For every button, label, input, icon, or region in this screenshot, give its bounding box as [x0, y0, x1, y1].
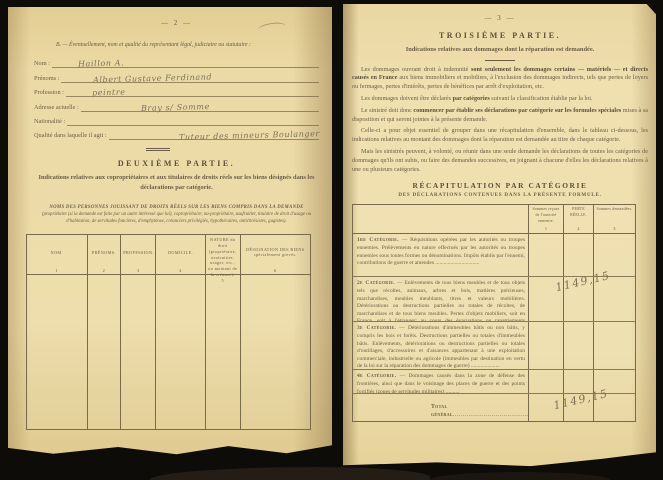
column-header-5: NATURE du droit (propriétaire, usufruiti… [205, 235, 240, 274]
category-row: 1re Catégorie. — Réquisitions opérées pa… [353, 234, 635, 277]
total-label-cell: Total général...........................… [353, 394, 528, 421]
subtitle-rule [485, 60, 515, 61]
part2-subtitle: Indications relatives aux copropriétaire… [36, 173, 317, 192]
column-header-2: PRÉNOMS.2 [87, 235, 121, 274]
field-rule-line: peintre [66, 82, 319, 97]
amount-cell [528, 322, 563, 369]
recap-table: Sommes reçues de l'autorité ennemie.1PER… [352, 204, 636, 422]
note-title: NOMS DES PERSONNES JOUISSANT DE DROITS R… [34, 205, 319, 210]
recap-header-desc-spacer [353, 205, 528, 233]
rights-holders-table: NOM.1PRÉNOMS.2PROFESSION.3DOMICILE.4NATU… [26, 234, 311, 430]
recap-table-header: Sommes reçues de l'autorité ennemie.1PER… [353, 205, 635, 234]
category-text: — Enlèvements de tous biens meubles et d… [357, 280, 525, 321]
field-row: Adresse actuelle :Bray s/ Somme [34, 97, 319, 111]
field-row: Prénoms :Albert Gustave Ferdinand [34, 68, 319, 82]
recap-column-number: 1 [530, 226, 562, 232]
empty-cell [205, 275, 240, 429]
paragraph-text: suivant la classification établie par la… [490, 95, 593, 102]
category-description: 2e Catégorie. — Enlèvements de tous bien… [353, 277, 528, 321]
paragraph-text: Les dommages doivent être déclarés [361, 95, 453, 102]
part3-paragraphs: Les dommages ouvrant droit à indemnité s… [352, 66, 648, 175]
paragraph: Le sinistré doit donc commencer par étab… [352, 107, 648, 125]
paragraph: Les dommages ouvrant droit à indemnité s… [352, 66, 648, 92]
field-row: Profession :peintre [34, 83, 319, 97]
category-row: 3e Catégorie. — Détériorations d'immeubl… [353, 322, 635, 370]
recap-rows: 1re Catégorie. — Réquisitions opérées pa… [353, 234, 635, 394]
column-number: 4 [158, 268, 203, 273]
category-label: 2e Catégorie. [357, 280, 395, 286]
section-b-line: B. — Éventuellement, nom et qualité du r… [34, 42, 319, 50]
handwritten-value: Tuteur des mineurs Boulanger [178, 130, 319, 143]
field-label: Prénoms : [34, 75, 59, 83]
recap-column-number: 3 [595, 226, 634, 232]
part3-subtitle: Indications relatives aux dommages dont … [354, 45, 646, 55]
empty-cell [120, 275, 155, 429]
column-header-label: DOMICILE. [158, 250, 203, 256]
recap-column-header-3: Sommes demandées.3 [593, 205, 635, 233]
recap-column-label: Sommes reçues de l'autorité ennemie. [530, 207, 562, 225]
paragraph: Les dommages doivent être déclarés par c… [352, 95, 648, 104]
recap-title: RÉCAPITULATION PAR CATÉGORIE [352, 181, 648, 190]
paragraph-text: Celle-ci a pour objet essentiel de group… [352, 127, 648, 143]
paragraph-text: Mais les sinistrés peuvent, à volonté, o… [352, 148, 648, 173]
paragraph-text: Le sinistré doit donc [361, 107, 413, 114]
category-description: 1re Catégorie. — Réquisitions opérées pa… [353, 234, 528, 276]
column-number: 6 [243, 268, 308, 273]
recap-subtitle: DES DÉCLARATIONS CONTENUES DANS LA PRÉSE… [352, 193, 648, 198]
column-header-6: DÉSIGNATION DES BIENS spécialement grevé… [240, 235, 310, 274]
torn-paper-edge-right [430, 472, 610, 480]
paragraph: Mais les sinistrés peuvent, à volonté, o… [352, 148, 648, 174]
column-header-label: DÉSIGNATION DES BIENS spécialement grevé… [243, 247, 308, 259]
field-label: Nom : [34, 60, 50, 68]
column-number: 1 [29, 268, 85, 273]
field-label: Profession : [34, 89, 64, 97]
empty-cell [155, 275, 205, 429]
field-row: Nom :Haillon A. [34, 54, 319, 68]
category-description: 4e Catégorie. — Dommages causés dans la … [353, 370, 528, 393]
recap-column-header-2: PERTE RÉELLE.2 [563, 205, 593, 233]
category-description: 3e Catégorie. — Détériorations d'immeubl… [353, 322, 528, 369]
rights-holders-table-header: NOM.1PRÉNOMS.2PROFESSION.3DOMICILE.4NATU… [27, 235, 310, 275]
column-header-4: DOMICILE.4 [155, 235, 205, 274]
category-text: — Détériorations d'immeubles bâtis ou no… [357, 325, 525, 369]
total-leaders: ........................................… [453, 412, 528, 418]
paragraph-text: aux biens immobiliers et mobiliers, à l'… [352, 74, 648, 90]
amount-cell [563, 234, 593, 276]
recap-column-label: PERTE RÉELLE. [565, 207, 592, 219]
column-header-label: PRÉNOMS. [90, 250, 119, 256]
amount-cell [528, 370, 563, 393]
empty-cell [87, 275, 121, 429]
note-body: (propriétaire (si la demande est faite p… [38, 211, 315, 225]
empty-cell [27, 275, 87, 429]
paragraph-bold-text: commencer par établir ses déclarations p… [413, 107, 621, 114]
empty-cell [240, 275, 311, 429]
column-header-label: NOM. [29, 250, 85, 256]
paragraph-bold-text: par catégories [453, 95, 490, 102]
field-rule-line: Haillon A. [52, 53, 319, 68]
field-row: Qualité dans laquelle il agit :Tuteur de… [34, 126, 319, 140]
column-header-label: PROFESSION. [123, 250, 153, 256]
column-header-3: PROFESSION.3 [120, 235, 155, 274]
scan-background: { "colors": { "paper": "#eddca9", "ink":… [0, 0, 663, 480]
column-number: 3 [123, 268, 153, 273]
part2-title: DEUXIÈME PARTIE. [34, 159, 319, 168]
page-left: — 2 — B. — Éventuellement, nom et qualit… [8, 7, 332, 456]
total-label: Total général [431, 404, 453, 418]
amount-cell [563, 322, 593, 369]
column-header-1: NOM.1 [27, 235, 87, 274]
paragraph-text: Les dommages ouvrant droit à indemnité [361, 66, 471, 73]
identity-fields: Nom :Haillon A.Prénoms :Albert Gustave F… [34, 54, 319, 140]
field-rule-line: Albert Gustave Ferdinand [61, 67, 319, 82]
field-rule-line: Bray s/ Somme [81, 96, 319, 111]
field-row: Nationalité : [34, 112, 319, 126]
category-label: 4e Catégorie. [357, 373, 396, 379]
recap-column-number: 2 [565, 226, 592, 232]
divider-rule [146, 148, 170, 151]
torn-paper-edge [150, 467, 430, 480]
field-rule-line [67, 111, 319, 126]
field-rule-line: Tuteur des mineurs Boulanger [109, 125, 319, 140]
column-number: 2 [90, 268, 119, 273]
amount-cell [528, 234, 563, 276]
page-number-right: — 3 — [352, 14, 648, 23]
part3-title: TROISIÈME PARTIE. [352, 31, 648, 40]
field-label: Qualité dans laquelle il agit : [34, 132, 107, 140]
paragraph: Celle-ci a pour objet essentiel de group… [352, 127, 648, 145]
page-right: — 3 — TROISIÈME PARTIE. Indications rela… [343, 4, 656, 468]
category-label: 1re Catégorie. [357, 237, 399, 243]
category-label: 3e Catégorie. [357, 325, 396, 331]
amount-cell [593, 322, 635, 369]
recap-column-header-1: Sommes reçues de l'autorité ennemie.1 [528, 205, 563, 233]
recap-column-label: Sommes demandées. [595, 207, 634, 213]
column-header-label: NATURE du droit (propriétaire, usufruiti… [208, 237, 238, 278]
field-label: Nationalité : [34, 118, 65, 126]
rights-holders-table-body [27, 275, 310, 429]
